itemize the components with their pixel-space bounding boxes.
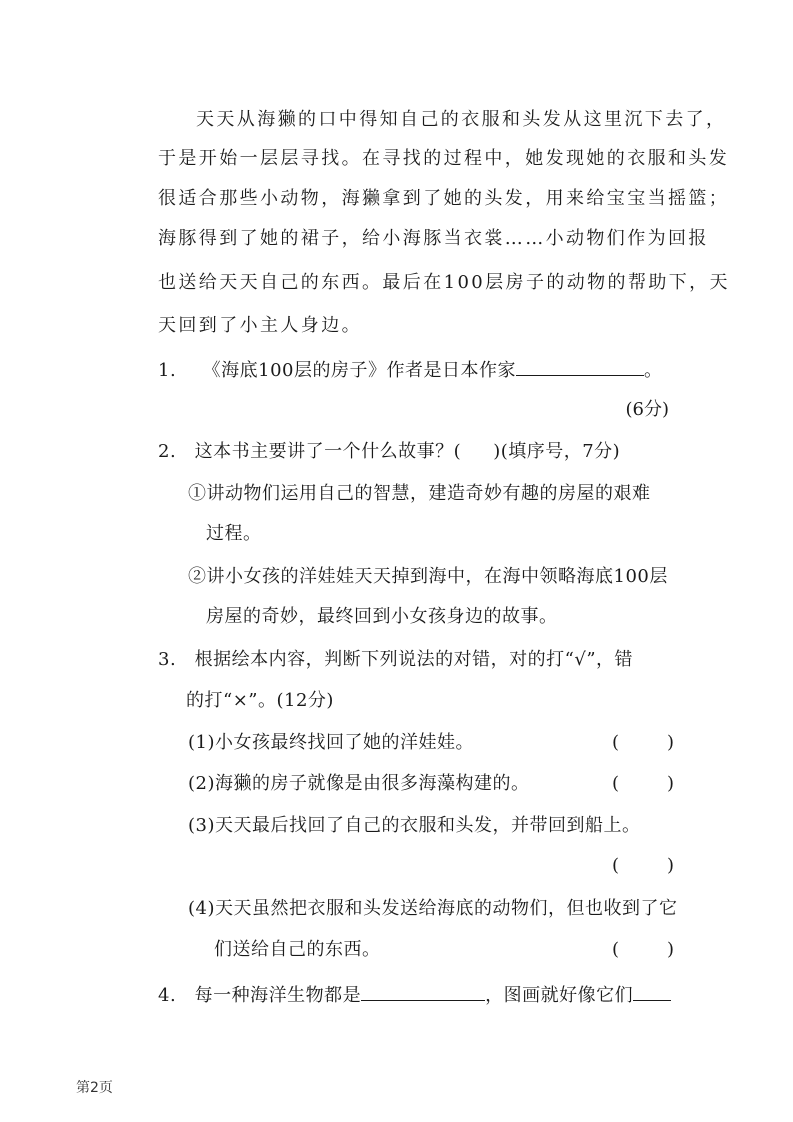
question-text: 每一种海洋生物都是 (195, 985, 362, 1006)
statement-4: (4)天天虽然把衣服和头发送给海底的动物们，但也收到了它 (188, 897, 708, 921)
passage-line: 天回到了小主人身边。 (158, 314, 678, 338)
question-text: 《海底100层的房子》作者是日本作家 (203, 360, 516, 381)
option-2-continued: 房屋的奇妙，最终回到小女孩身边的故事。 (206, 605, 726, 629)
passage-line: 海豚得到了她的裙子，给小海豚当衣裳……小动物们作为回报 (158, 227, 678, 251)
question-number: 1. (158, 360, 176, 381)
answer-blank[interactable] (361, 982, 485, 1001)
question-number: 2. (158, 441, 176, 462)
question-number: 4. (158, 985, 176, 1006)
judgment-blank-2[interactable]: () (612, 772, 674, 796)
option-1: ①讲动物们运用自己的智慧，建造奇妙有趣的房屋的艰难 (188, 482, 708, 506)
passage-line: 于是开始一层层寻找。在寻找的过程中，她发现她的衣服和头发 (158, 147, 678, 171)
question-text: 这本书主要讲了一个什么故事？( (195, 441, 462, 462)
option-1-continued: 过程。 (206, 522, 726, 546)
passage-line: 天天从海獭的口中得知自己的衣服和头发从这里沉下去了， (196, 108, 716, 132)
answer-blank[interactable] (516, 357, 644, 376)
question-text-continued: 的打“×”。(12分) (186, 689, 706, 713)
judgment-blank-4[interactable]: () (612, 938, 674, 962)
answer-blank[interactable] (633, 982, 671, 1001)
passage-line: 也送给天天自己的东西。最后在100层房子的动物的帮助下，天 (158, 271, 678, 295)
statement-3: (3)天天最后找回了自己的衣服和头发，并带回到船上。 (188, 814, 708, 838)
question-text: 根据绘本内容，判断下列说法的对错，对的打“√”，错 (195, 649, 633, 670)
document-page: 天天从海獭的口中得知自己的衣服和头发从这里沉下去了， 于是开始一层层寻找。在寻找… (0, 0, 793, 1122)
passage-line: 很适合那些小动物，海獭拿到了她的头发，用来给宝宝当摇篮； (158, 187, 678, 211)
option-2: ②讲小女孩的洋娃娃天天掉到海中，在海中领略海底100层 (188, 565, 708, 589)
page-number: 第2页 (76, 1079, 113, 1097)
question-number: 3. (158, 649, 176, 670)
judgment-blank-1[interactable]: () (612, 731, 674, 755)
score-label: (6分) (626, 398, 670, 422)
judgment-blank-3[interactable]: () (612, 854, 674, 878)
